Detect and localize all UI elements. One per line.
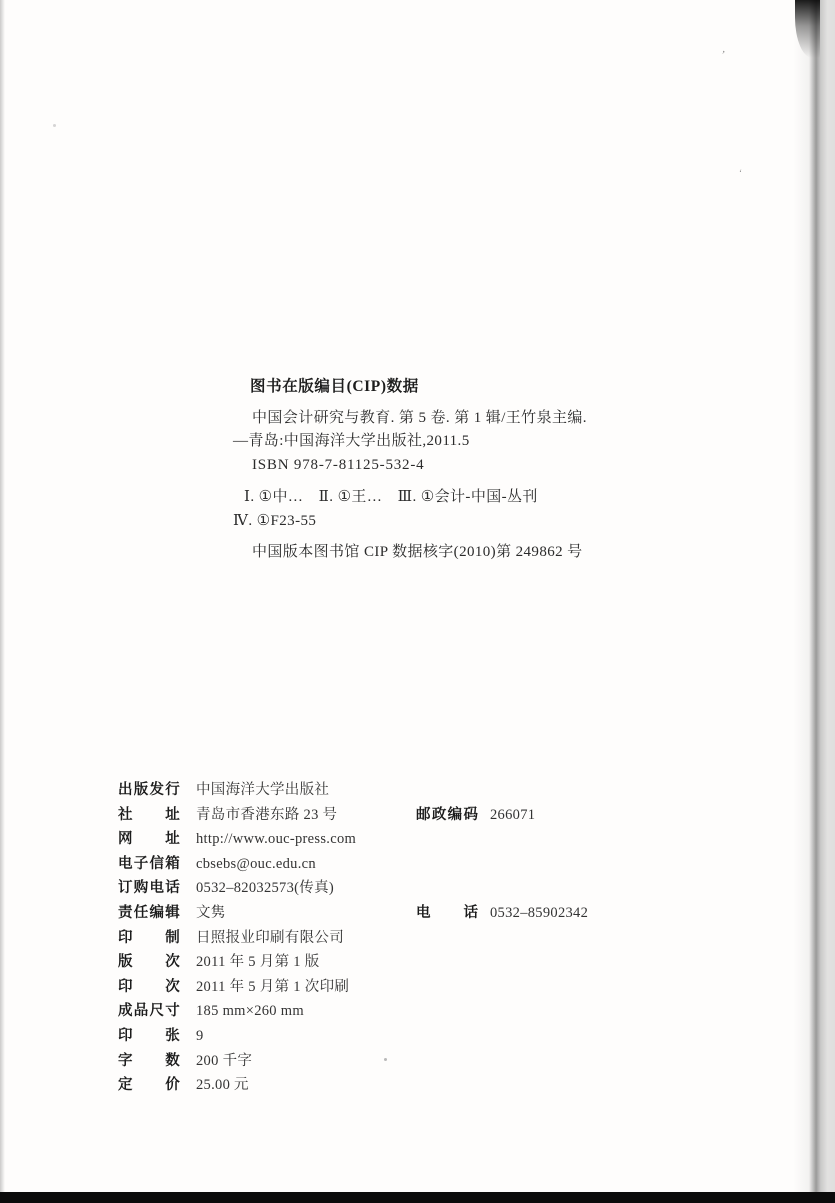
colophon-value: 185 mm×260 mm xyxy=(196,1002,304,1021)
page-bottom-edge-shadow xyxy=(0,1192,835,1203)
colophon-label: 定价 xyxy=(118,1076,180,1095)
colophon-row: 版次2011 年 5 月第 1 版 xyxy=(118,953,758,973)
scan-speck xyxy=(384,1058,387,1061)
colophon-value: 中国海洋大学出版社 xyxy=(196,781,329,800)
colophon-row: 定价25.00 元 xyxy=(118,1076,758,1096)
colophon-value: 9 xyxy=(196,1027,204,1046)
colophon-row: 责任编辑文隽电话0532–85902342 xyxy=(118,904,758,924)
colophon-value: http://www.ouc-press.com xyxy=(196,830,356,849)
cip-record-number: 中国版本图书馆 CIP 数据核字(2010)第 249862 号 xyxy=(252,542,583,562)
colophon-value: 2011 年 5 月第 1 版 xyxy=(196,953,320,972)
colophon-value: 200 千字 xyxy=(196,1052,252,1071)
colophon-label: 订购电话 xyxy=(118,879,180,898)
cip-classification-line2: Ⅳ. ①F23-55 xyxy=(233,511,316,531)
colophon-row: 社址青岛市香港东路 23 号邮政编码266071 xyxy=(118,806,758,826)
colophon-value: 0532–82032573(传真) xyxy=(196,879,334,898)
colophon-value: 日照报业印刷有限公司 xyxy=(196,929,344,948)
colophon-label: 电子信箱 xyxy=(118,855,180,874)
colophon-value: 青岛市香港东路 23 号 xyxy=(196,806,337,825)
colophon-row: 出版发行中国海洋大学出版社 xyxy=(118,781,758,801)
cip-title-line2: —青岛:中国海洋大学出版社,2011.5 xyxy=(233,431,470,451)
colophon-label: 责任编辑 xyxy=(118,904,180,923)
colophon-label: 版次 xyxy=(118,953,180,972)
scan-speck: ʻ xyxy=(739,168,742,179)
colophon-row: 字数200 千字 xyxy=(118,1052,758,1072)
colophon-label: 社址 xyxy=(118,806,180,825)
colophon-row: 订购电话0532–82032573(传真) xyxy=(118,879,758,899)
colophon-label: 网址 xyxy=(118,830,180,849)
page-right-edge-shadow xyxy=(793,0,835,1203)
scan-speck xyxy=(53,124,56,127)
colophon-value: 25.00 元 xyxy=(196,1076,249,1095)
cip-title-line1: 中国会计研究与教育. 第 5 卷. 第 1 辑/王竹泉主编. xyxy=(252,408,587,428)
colophon-label: 印次 xyxy=(118,978,180,997)
colophon-right-label: 电话 xyxy=(416,904,478,923)
page-left-edge-shadow xyxy=(0,0,5,1203)
colophon-row: 电子信箱cbsebs@ouc.edu.cn xyxy=(118,855,758,875)
scanned-book-page: 图书在版编目(CIP)数据 中国会计研究与教育. 第 5 卷. 第 1 辑/王竹… xyxy=(0,0,835,1203)
colophon-right-value: 0532–85902342 xyxy=(490,904,588,923)
colophon-block: 出版发行中国海洋大学出版社社址青岛市香港东路 23 号邮政编码266071网址h… xyxy=(118,781,758,1111)
colophon-label: 成品尺寸 xyxy=(118,1002,180,1021)
colophon-row: 印制日照报业印刷有限公司 xyxy=(118,929,758,949)
colophon-label: 字数 xyxy=(118,1052,180,1071)
colophon-row: 印次2011 年 5 月第 1 次印刷 xyxy=(118,978,758,998)
colophon-right-label: 邮政编码 xyxy=(416,806,478,825)
colophon-value: 文隽 xyxy=(196,904,226,923)
colophon-value: 2011 年 5 月第 1 次印刷 xyxy=(196,978,349,997)
colophon-row: 网址http://www.ouc-press.com xyxy=(118,830,758,850)
scan-speck: ʼ xyxy=(720,50,726,62)
colophon-right-value: 266071 xyxy=(490,806,535,825)
cip-isbn: ISBN 978-7-81125-532-4 xyxy=(252,455,424,475)
colophon-row: 成品尺寸185 mm×260 mm xyxy=(118,1002,758,1022)
colophon-label: 出版发行 xyxy=(118,781,180,800)
colophon-row: 印张9 xyxy=(118,1027,758,1047)
cip-classification-line1: Ⅰ. ①中… Ⅱ. ①王… Ⅲ. ①会计-中国-丛刊 xyxy=(244,487,538,507)
colophon-label: 印张 xyxy=(118,1027,180,1046)
colophon-label: 印制 xyxy=(118,929,180,948)
cip-header: 图书在版编目(CIP)数据 xyxy=(250,377,419,397)
colophon-value: cbsebs@ouc.edu.cn xyxy=(196,855,316,874)
